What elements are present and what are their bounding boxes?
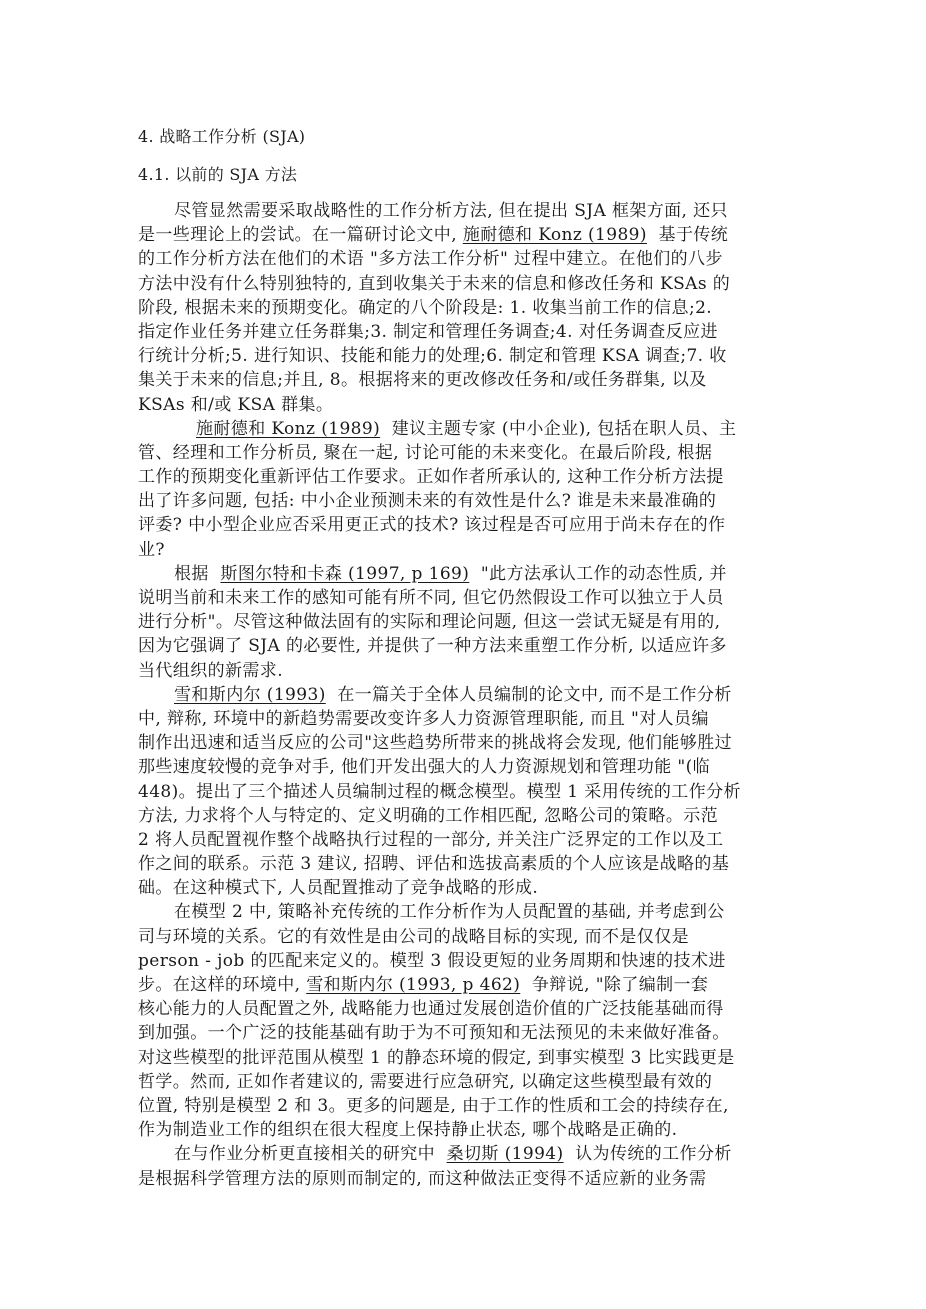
text-line: 448)。提出了三个描述人员编制过程的概念模型。模型 1 采用传统的工作分析 (138, 780, 798, 804)
text-span: 司与环境的关系。它的有效性是由公司的战略目标的实现, 而不是仅仅是 (138, 927, 689, 947)
text-span: 评委? 中小型企业应否采用更正式的技术? 该过程是否可应用于尚未存在的作 (138, 515, 725, 535)
text-span: 根据 (174, 564, 220, 584)
text-span: 作为制造业工作的组织在很大程度上保持静止状态, 哪个战略是正确的. (138, 1120, 677, 1140)
text-span: 认为传统的工作分析 (564, 1144, 732, 1164)
text-line: 到加强。一个广泛的技能基础有助于为不可预知和无法预见的未来做好准备。 (138, 1021, 798, 1045)
text-line: 中, 辩称, 环境中的新趋势需要改变许多人力资源管理职能, 而且 "对人员编 (138, 707, 798, 731)
text-line: 方法中没有什么特别独特的, 直到收集关于未来的信息和修改任务和 KSAs 的 (138, 272, 798, 296)
text-span: 对这些模型的批评范围从模型 1 的静态环境的假定, 到事实模型 3 比实践更是 (138, 1048, 735, 1068)
text-span: 建议主题专家 (中小企业), 包括在职人员、主 (380, 419, 736, 439)
text-line: 评委? 中小型企业应否采用更正式的技术? 该过程是否可应用于尚未存在的作 (138, 513, 798, 537)
text-span: 基于传统 (647, 225, 728, 245)
text-span: 工作的预期变化重新评估工作要求。正如作者所承认的, 这种工作分析方法提 (138, 467, 724, 487)
text-line: 集关于未来的信息;并且, 8。根据将来的更改修改任务和/或任务群集, 以及 (138, 368, 798, 392)
text-line: KSAs 和/或 KSA 群集。 (138, 393, 798, 417)
text-line: 步。在这样的环境中, 雪和斯内尔 (1993, p 462) 争辩说, "除了编… (138, 973, 798, 997)
text-line: 业? (138, 538, 798, 562)
text-span: 哲学。然而, 正如作者建议的, 需要进行应急研究, 以确定这些模型最有效的 (138, 1072, 712, 1092)
text-span: 因为它强调了 SJA 的必要性, 并提供了一种方法来重塑工作分析, 以适应许多 (138, 636, 727, 656)
text-line: 核心能力的人员配置之外, 战略能力也通过发展创造价值的广泛技能基础而得 (138, 997, 798, 1021)
paragraph: 根据 斯图尔特和卡森 (1997, p 169) "此方法承认工作的动态性质, … (138, 562, 798, 683)
text-span: 础。在这种模式下, 人员配置推动了竞争战略的形成. (138, 878, 538, 898)
text-span: 当代组织的新需求. (138, 661, 283, 681)
document-body: 尽管显然需要采取战略性的工作分析方法, 但在提出 SJA 框架方面, 还只是一些… (138, 199, 798, 1191)
text-line: 工作的预期变化重新评估工作要求。正如作者所承认的, 这种工作分析方法提 (138, 465, 798, 489)
text-line: 位置, 特别是模型 2 和 3。更多的问题是, 由于工作的性质和工会的持续存在, (138, 1094, 798, 1118)
text-line: 司与环境的关系。它的有效性是由公司的战略目标的实现, 而不是仅仅是 (138, 925, 798, 949)
text-line: 哲学。然而, 正如作者建议的, 需要进行应急研究, 以确定这些模型最有效的 (138, 1070, 798, 1094)
text-span: 阶段, 根据未来的预期变化。确定的八个阶段是: 1. 收集当前工作的信息;2. (138, 298, 712, 318)
text-line: 是一些理论上的尝试。在一篇研讨论文中, 施耐德和 Konz (1989) 基于传… (138, 223, 798, 247)
text-line: 说明当前和未来工作的感知可能有所不同, 但它仍然假设工作可以独立于人员 (138, 586, 798, 610)
text-span: 是一些理论上的尝试。在一篇研讨论文中, (138, 225, 463, 245)
text-span: 在一篇关于全体人员编制的论文中, 而不是工作分析 (326, 685, 732, 705)
citation-link[interactable]: 雪和斯内尔 (1993, p 462) (306, 975, 520, 995)
citation-link[interactable]: 雪和斯内尔 (1993) (174, 685, 326, 705)
text-line: 2 将人员配置视作整个战略执行过程的一部分, 并关注广泛界定的工作以及工 (138, 828, 798, 852)
text-line: 那些速度较慢的竞争对手, 他们开发出强大的人力资源规划和管理功能 "(临 (138, 755, 798, 779)
text-line: 施耐德和 Konz (1989) 建议主题专家 (中小企业), 包括在职人员、主 (138, 417, 798, 441)
text-line: 的工作分析方法在他们的术语 "多方法工作分析" 过程中建立。在他们的八步 (138, 247, 798, 271)
text-span: 2 将人员配置视作整个战略执行过程的一部分, 并关注广泛界定的工作以及工 (138, 830, 723, 850)
text-span: 中, 辩称, 环境中的新趋势需要改变许多人力资源管理职能, 而且 "对人员编 (138, 709, 709, 729)
paragraph: 在与作业分析更直接相关的研究中 桑切斯 (1994) 认为传统的工作分析是根据科… (138, 1142, 798, 1190)
text-span: KSAs 和/或 KSA 群集。 (138, 395, 333, 415)
paragraph: 施耐德和 Konz (1989) 建议主题专家 (中小企业), 包括在职人员、主… (138, 417, 798, 562)
text-line: 行统计分析;5. 进行知识、技能和能力的处理;6. 制定和管理 KSA 调查;7… (138, 344, 798, 368)
document-page: 4. 战略工作分析 (SJA) 4.1. 以前的 SJA 方法 尽管显然需要采取… (0, 0, 926, 1309)
text-span: 方法, 力求将个人与特定的、定义明确的工作相匹配, 忽略公司的策略。示范 (138, 806, 718, 826)
text-span: 指定作业任务并建立任务群集;3. 制定和管理任务调查;4. 对任务调查反应进 (138, 322, 718, 342)
section-heading: 4. 战略工作分析 (SJA) (138, 127, 305, 147)
text-line: 根据 斯图尔特和卡森 (1997, p 169) "此方法承认工作的动态性质, … (138, 562, 798, 586)
text-line: 因为它强调了 SJA 的必要性, 并提供了一种方法来重塑工作分析, 以适应许多 (138, 634, 798, 658)
text-line: 础。在这种模式下, 人员配置推动了竞争战略的形成. (138, 876, 798, 900)
text-span: 位置, 特别是模型 2 和 3。更多的问题是, 由于工作的性质和工会的持续存在, (138, 1096, 729, 1116)
text-span: 是根据科学管理方法的原则而制定的, 而这种做法正变得不适应新的业务需 (138, 1169, 706, 1189)
text-line: 尽管显然需要采取战略性的工作分析方法, 但在提出 SJA 框架方面, 还只 (138, 199, 798, 223)
text-span: 步。在这样的环境中, (138, 975, 306, 995)
text-line: 在模型 2 中, 策略补充传统的工作分析作为人员配置的基础, 并考虑到公 (138, 900, 798, 924)
text-span: 那些速度较慢的竞争对手, 他们开发出强大的人力资源规划和管理功能 "(临 (138, 757, 710, 777)
text-span: 说明当前和未来工作的感知可能有所不同, 但它仍然假设工作可以独立于人员 (138, 588, 724, 608)
text-line: 对这些模型的批评范围从模型 1 的静态环境的假定, 到事实模型 3 比实践更是 (138, 1046, 798, 1070)
text-span: 在模型 2 中, 策略补充传统的工作分析作为人员配置的基础, 并考虑到公 (174, 902, 725, 922)
text-line: 阶段, 根据未来的预期变化。确定的八个阶段是: 1. 收集当前工作的信息;2. (138, 296, 798, 320)
paragraph: 尽管显然需要采取战略性的工作分析方法, 但在提出 SJA 框架方面, 还只是一些… (138, 199, 798, 417)
text-span: 尽管显然需要采取战略性的工作分析方法, 但在提出 SJA 框架方面, 还只 (174, 201, 728, 221)
text-span: 制作出迅速和适当反应的公司"这些趋势所带来的挑战将会发现, 他们能够胜过 (138, 733, 732, 753)
subsection-heading: 4.1. 以前的 SJA 方法 (138, 165, 297, 185)
text-span: person - job 的匹配来定义的。模型 3 假设更短的业务周期和快速的技… (138, 951, 726, 971)
text-line: 作为制造业工作的组织在很大程度上保持静止状态, 哪个战略是正确的. (138, 1118, 798, 1142)
text-line: 在与作业分析更直接相关的研究中 桑切斯 (1994) 认为传统的工作分析 (138, 1142, 798, 1166)
citation-link[interactable]: 施耐德和 Konz (1989) (463, 225, 647, 245)
text-span: 方法中没有什么特别独特的, 直到收集关于未来的信息和修改任务和 KSAs 的 (138, 274, 730, 294)
text-span: 管、经理和工作分析员, 聚在一起, 讨论可能的未来变化。在最后阶段, 根据 (138, 443, 712, 463)
paragraph: 在模型 2 中, 策略补充传统的工作分析作为人员配置的基础, 并考虑到公司与环境… (138, 900, 798, 1142)
text-span: 进行分析"。尽管这种做法固有的实际和理论问题, 但这一尝试无疑是有用的, (138, 612, 720, 632)
paragraph: 雪和斯内尔 (1993) 在一篇关于全体人员编制的论文中, 而不是工作分析中, … (138, 683, 798, 901)
text-span: 作之间的联系。示范 3 建议, 招聘、评估和选拔高素质的个人应该是战略的基 (138, 854, 729, 874)
text-span: 核心能力的人员配置之外, 战略能力也通过发展创造价值的广泛技能基础而得 (138, 999, 724, 1019)
text-span: 集关于未来的信息;并且, 8。根据将来的更改修改任务和/或任务群集, 以及 (138, 370, 707, 390)
text-line: 出了许多问题, 包括: 中小企业预测未来的有效性是什么? 谁是未来最准确的 (138, 489, 798, 513)
text-line: 进行分析"。尽管这种做法固有的实际和理论问题, 但这一尝试无疑是有用的, (138, 610, 798, 634)
text-span: 到加强。一个广泛的技能基础有助于为不可预知和无法预见的未来做好准备。 (138, 1023, 730, 1043)
text-line: 制作出迅速和适当反应的公司"这些趋势所带来的挑战将会发现, 他们能够胜过 (138, 731, 798, 755)
text-line: 指定作业任务并建立任务群集;3. 制定和管理任务调查;4. 对任务调查反应进 (138, 320, 798, 344)
text-span: 行统计分析;5. 进行知识、技能和能力的处理;6. 制定和管理 KSA 调查;7… (138, 346, 727, 366)
text-line: 作之间的联系。示范 3 建议, 招聘、评估和选拔高素质的个人应该是战略的基 (138, 852, 798, 876)
citation-link[interactable]: 施耐德和 Konz (1989) (196, 419, 380, 439)
citation-link[interactable]: 桑切斯 (1994) (447, 1144, 564, 1164)
text-line: person - job 的匹配来定义的。模型 3 假设更短的业务周期和快速的技… (138, 949, 798, 973)
text-line: 是根据科学管理方法的原则而制定的, 而这种做法正变得不适应新的业务需 (138, 1167, 798, 1191)
text-line: 当代组织的新需求. (138, 659, 798, 683)
text-span: 的工作分析方法在他们的术语 "多方法工作分析" 过程中建立。在他们的八步 (138, 249, 723, 269)
text-span: 出了许多问题, 包括: 中小企业预测未来的有效性是什么? 谁是未来最准确的 (138, 491, 716, 511)
text-line: 雪和斯内尔 (1993) 在一篇关于全体人员编制的论文中, 而不是工作分析 (138, 683, 798, 707)
text-span: "此方法承认工作的动态性质, 并 (469, 564, 727, 584)
text-line: 方法, 力求将个人与特定的、定义明确的工作相匹配, 忽略公司的策略。示范 (138, 804, 798, 828)
text-span: 448)。提出了三个描述人员编制过程的概念模型。模型 1 采用传统的工作分析 (138, 782, 741, 802)
citation-link[interactable]: 斯图尔特和卡森 (1997, p 169) (220, 564, 469, 584)
text-span: 业? (138, 540, 165, 560)
text-span: 在与作业分析更直接相关的研究中 (174, 1144, 447, 1164)
text-line: 管、经理和工作分析员, 聚在一起, 讨论可能的未来变化。在最后阶段, 根据 (138, 441, 798, 465)
text-span: 争辩说, "除了编制一套 (520, 975, 708, 995)
